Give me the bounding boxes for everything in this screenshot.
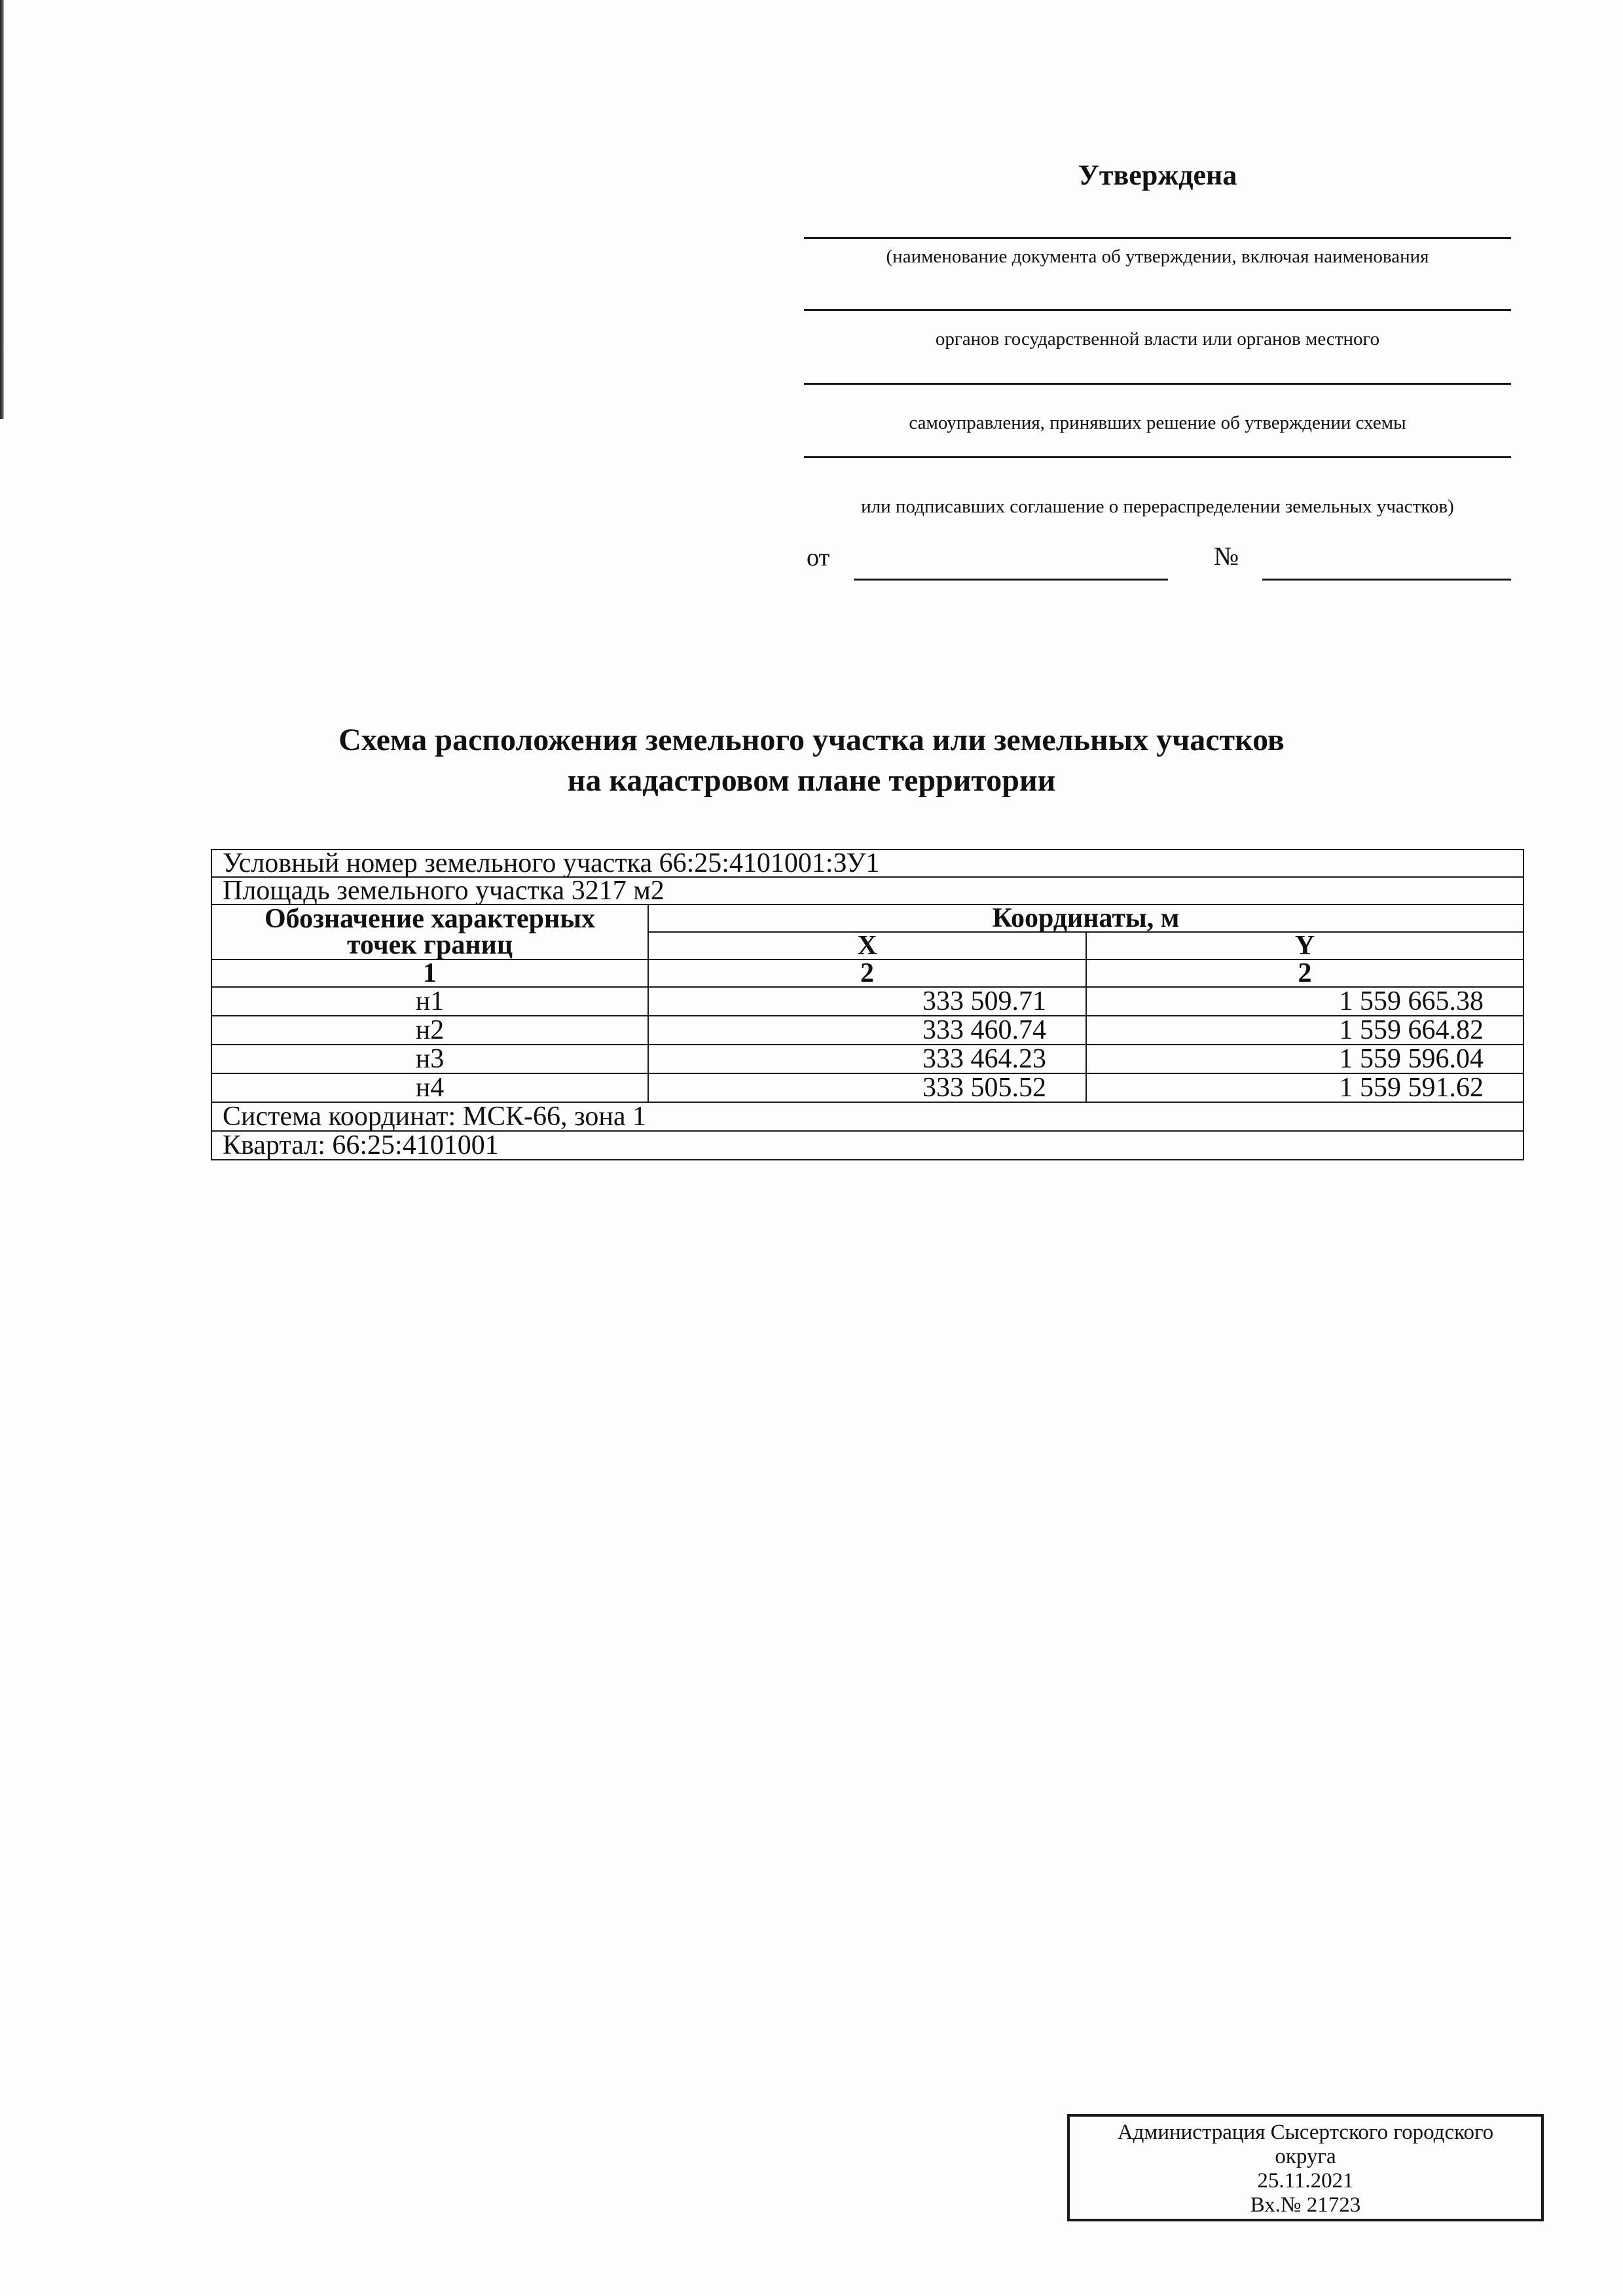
coordinates-table: Условный номер земельного участка 66:25:… <box>211 849 1524 1160</box>
approval-caption-1: (наименование документа об утверждении, … <box>804 247 1511 266</box>
point-name: н1 <box>211 987 648 1016</box>
header-x: X <box>648 932 1086 960</box>
stamp-date: 25.11.2021 <box>1070 2169 1541 2193</box>
coord-y: 1 559 591.62 <box>1086 1073 1523 1102</box>
scheme-title-line-2: на кадастровом плане территории <box>0 761 1623 801</box>
date-field <box>854 579 1168 581</box>
stamp-organization-line-2: округа <box>1070 2145 1541 2169</box>
coord-x: 333 505.52 <box>648 1073 1086 1102</box>
table-row: н4 333 505.52 1 559 591.62 <box>211 1073 1523 1102</box>
point-name: н2 <box>211 1016 648 1045</box>
number-label: № <box>1214 541 1239 571</box>
point-name: н3 <box>211 1045 648 1073</box>
approval-title: Утверждена <box>804 158 1511 192</box>
coord-x: 333 464.23 <box>648 1045 1086 1073</box>
stamp-incoming-number: Вх.№ 21723 <box>1070 2193 1541 2217</box>
coord-x: 333 460.74 <box>648 1016 1086 1045</box>
coord-y: 1 559 664.82 <box>1086 1016 1523 1045</box>
table-row: н1 333 509.71 1 559 665.38 <box>211 987 1523 1016</box>
header-row: Обозначение характерных точек границ Коо… <box>211 905 1523 932</box>
header-points: Обозначение характерных точек границ <box>211 905 648 960</box>
header-y: Y <box>1086 932 1523 960</box>
coord-y: 1 559 596.04 <box>1086 1045 1523 1073</box>
approval-rule-2 <box>804 309 1511 311</box>
column-number: 2 <box>648 960 1086 987</box>
approval-caption-3: самоуправления, принявших решение об утв… <box>804 414 1511 433</box>
point-name: н4 <box>211 1073 648 1102</box>
coord-y: 1 559 665.38 <box>1086 987 1523 1016</box>
scheme-title-line-1: Схема расположения земельного участка ил… <box>0 720 1623 761</box>
approval-caption-4: или подписавших соглашение о перераспред… <box>804 497 1511 516</box>
approval-rule-4 <box>804 456 1511 458</box>
column-number: 2 <box>1086 960 1523 987</box>
number-field <box>1262 579 1511 581</box>
coord-system-row: Система координат: МСК-66, зона 1 <box>211 1102 1523 1131</box>
approval-rule-3 <box>804 383 1511 385</box>
header-coordinates: Координаты, м <box>648 905 1523 932</box>
table-row: н3 333 464.23 1 559 596.04 <box>211 1045 1523 1073</box>
parcel-number-row: Условный номер земельного участка 66:25:… <box>211 850 1523 877</box>
approval-date-number-row: от № <box>807 543 1514 583</box>
cadastral-quarter: Квартал: 66:25:4101001 <box>211 1131 1523 1160</box>
quarter-row: Квартал: 66:25:4101001 <box>211 1131 1523 1160</box>
scheme-title: Схема расположения земельного участка ил… <box>0 720 1623 801</box>
coord-x: 333 509.71 <box>648 987 1086 1016</box>
table-row: н2 333 460.74 1 559 664.82 <box>211 1016 1523 1045</box>
parcel-area: Площадь земельного участка 3217 м2 <box>211 877 1523 905</box>
registration-stamp: Администрация Сысертского городского окр… <box>1067 2114 1544 2221</box>
approval-rule-1 <box>804 237 1511 239</box>
coordinate-system: Система координат: МСК-66, зона 1 <box>211 1102 1523 1131</box>
parcel-number: Условный номер земельного участка 66:25:… <box>211 850 1523 877</box>
parcel-area-row: Площадь земельного участка 3217 м2 <box>211 877 1523 905</box>
date-label: от <box>807 543 830 572</box>
stamp-organization-line-1: Администрация Сысертского городского <box>1070 2121 1541 2145</box>
approval-caption-2: органов государственной власти или орган… <box>804 330 1511 349</box>
scan-edge-shadow <box>0 0 4 419</box>
column-number-row: 1 2 2 <box>211 960 1523 987</box>
column-number: 1 <box>211 960 648 987</box>
